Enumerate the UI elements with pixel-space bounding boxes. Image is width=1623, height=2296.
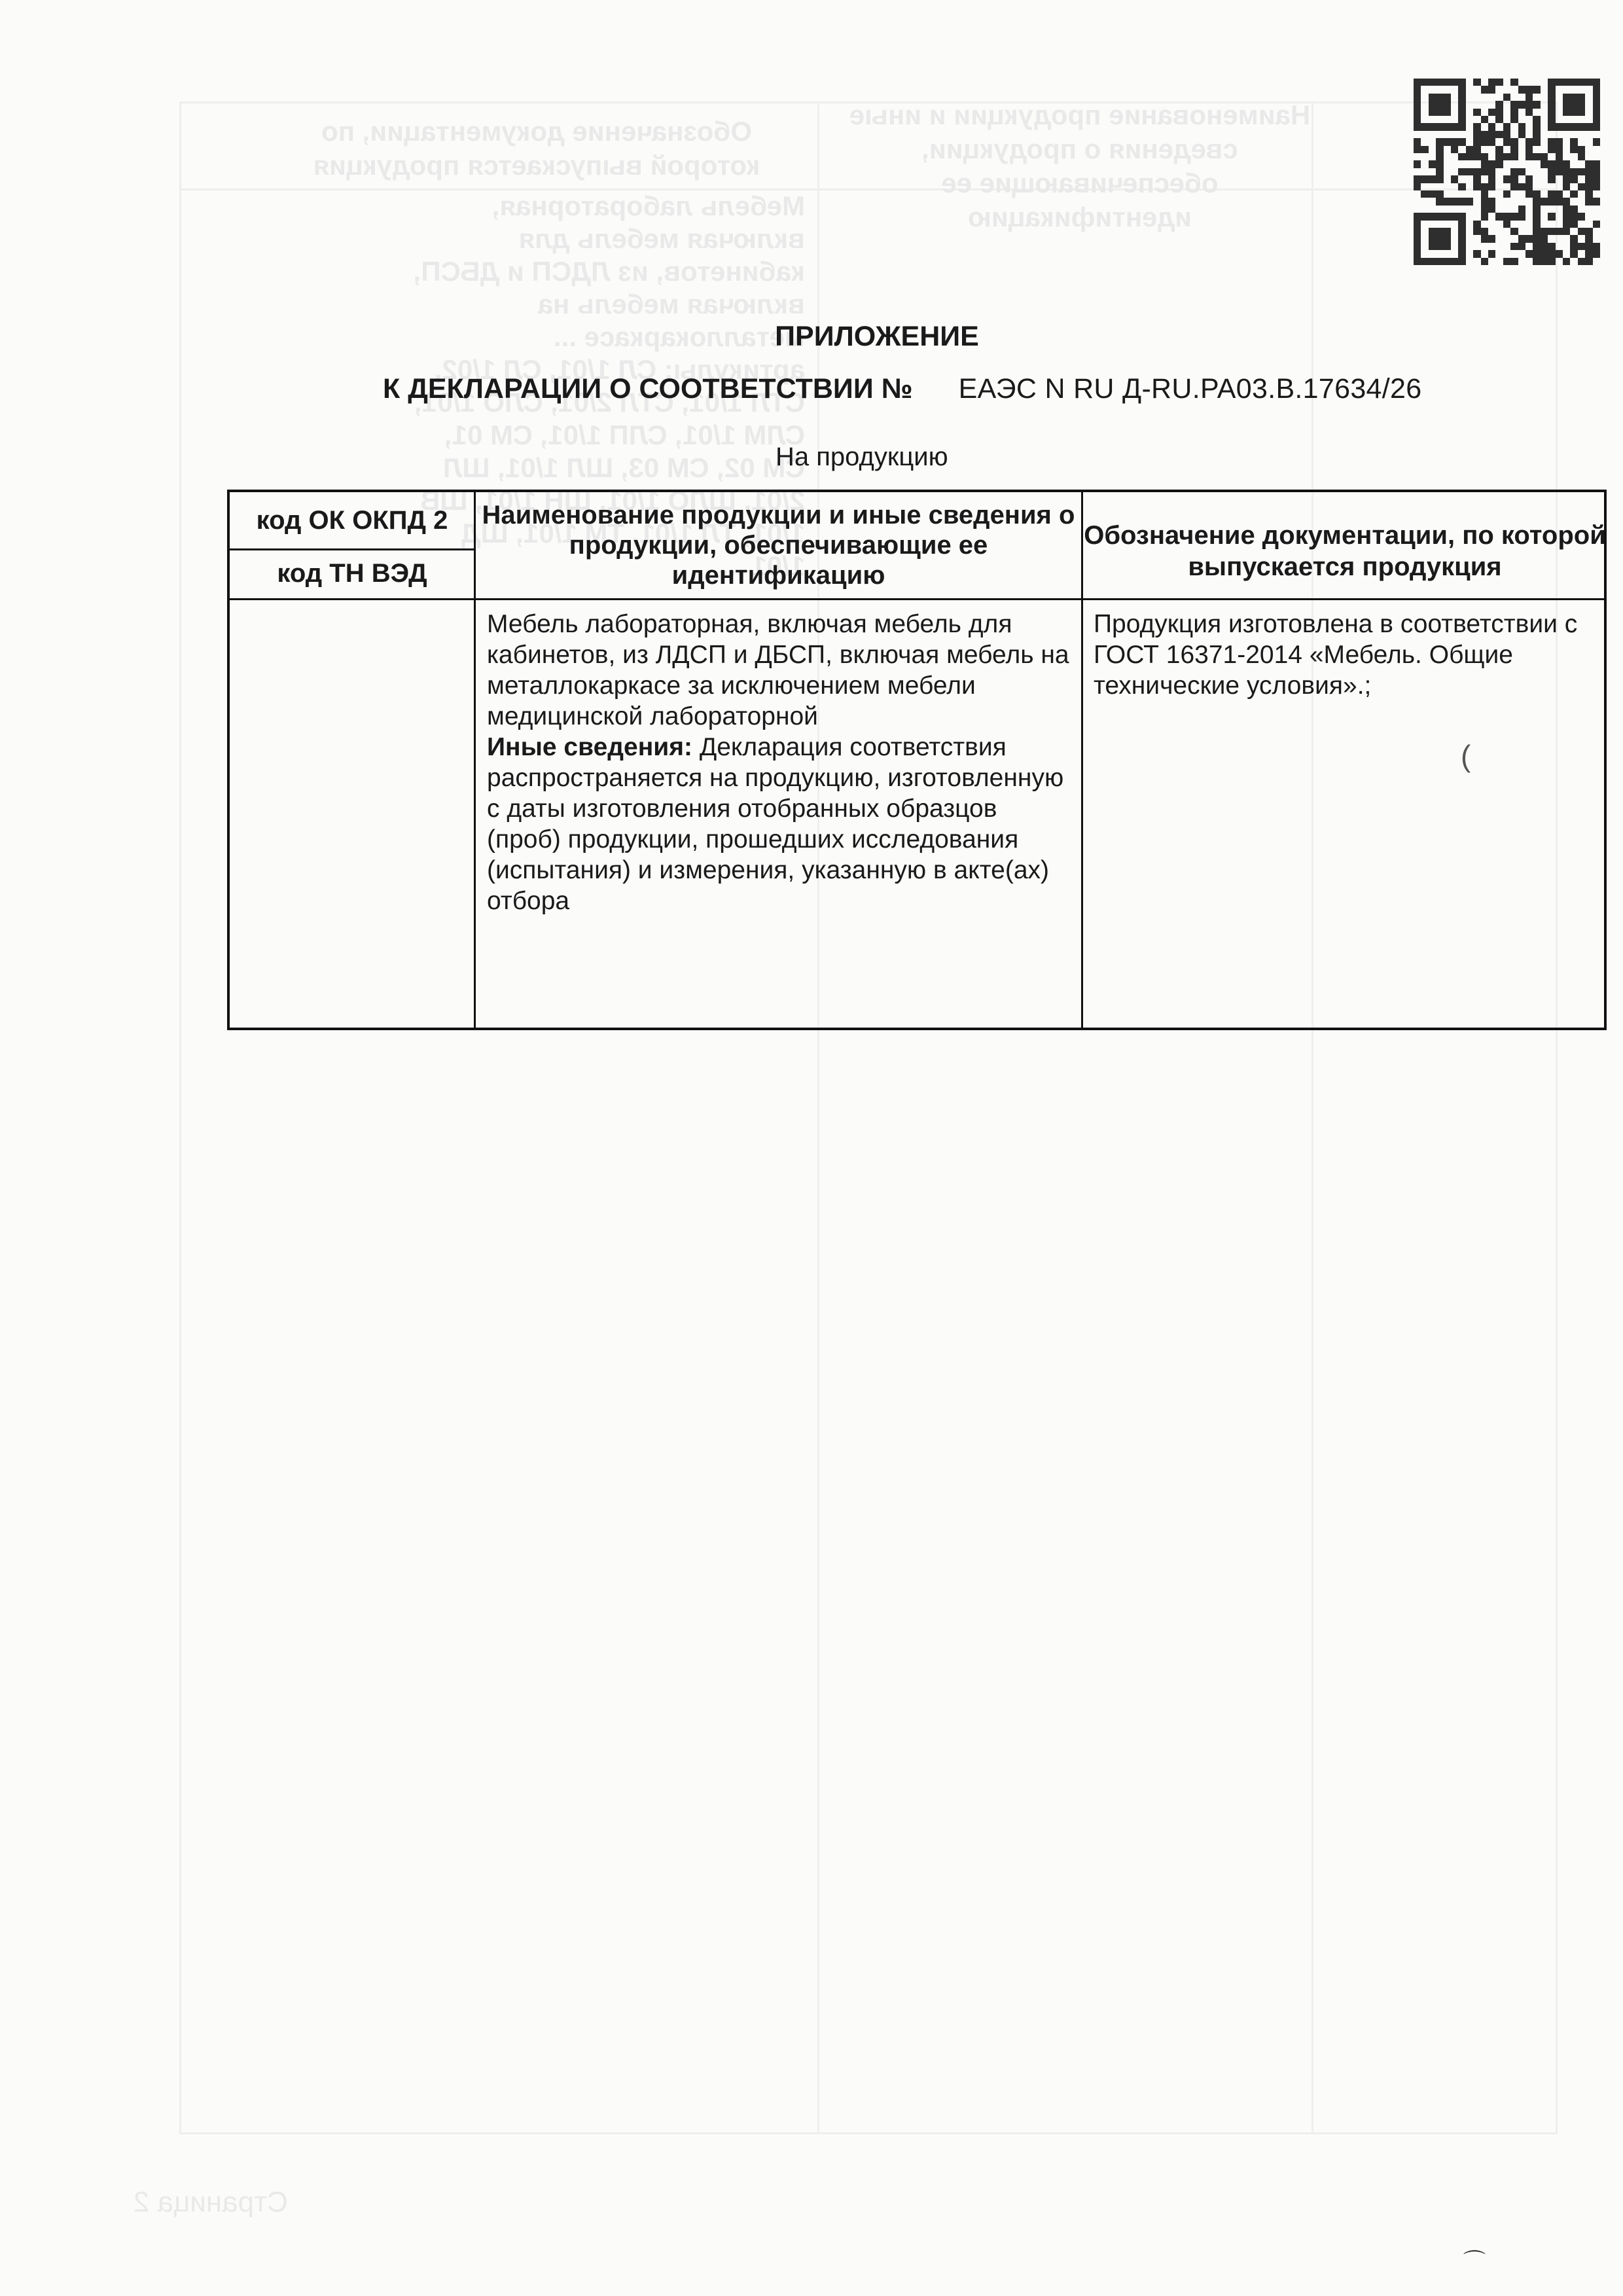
- document-subtitle: На продукцию: [776, 442, 948, 472]
- declaration-number: ЕАЭС N RU Д-RU.PA03.B.17634/26: [959, 373, 1422, 404]
- header-tnved: код ТН ВЭД: [230, 558, 474, 588]
- document-heading: ПРИЛОЖЕНИЕ: [65, 321, 1623, 353]
- declaration-label: К ДЕКЛАРАЦИИ О СООТВЕТСТВИИ №: [383, 373, 913, 404]
- header-documentation: Обозначение документации, по которой вып…: [1083, 520, 1607, 583]
- header-okpd: код ОК ОКПД 2: [230, 505, 474, 535]
- table-row-product-name: Мебель лабораторная, включая мебель для …: [487, 609, 1076, 916]
- pen-mark-icon: (: [1461, 738, 1471, 774]
- show-through-footer: Страница 2: [134, 2186, 288, 2219]
- product-name: Мебель лабораторная, включая мебель для …: [487, 610, 1069, 730]
- header-product-name: Наименование продукции и иные сведения о…: [476, 500, 1081, 590]
- other-info-label: Иные сведения:: [487, 733, 692, 761]
- show-through-header-mid: Наименование продукции и иные сведения о…: [844, 98, 1315, 234]
- pen-mark-icon: ⌒: [1463, 2244, 1486, 2276]
- show-through-header-left: Обозначение документации, по которой вып…: [288, 115, 785, 183]
- table-divider: [230, 548, 474, 550]
- table-divider: [230, 598, 1604, 600]
- qr-code-icon: [1414, 79, 1600, 265]
- declaration-title: К ДЕКЛАРАЦИИ О СООТВЕТСТВИИ №ЕАЭС N RU Д…: [383, 373, 1421, 405]
- show-through-table: [179, 101, 1558, 2134]
- table-row-documentation: Продукция изготовлена в соответствии с Г…: [1094, 609, 1597, 701]
- product-table: код ОК ОКПД 2 код ТН ВЭД Наименование пр…: [227, 490, 1607, 1030]
